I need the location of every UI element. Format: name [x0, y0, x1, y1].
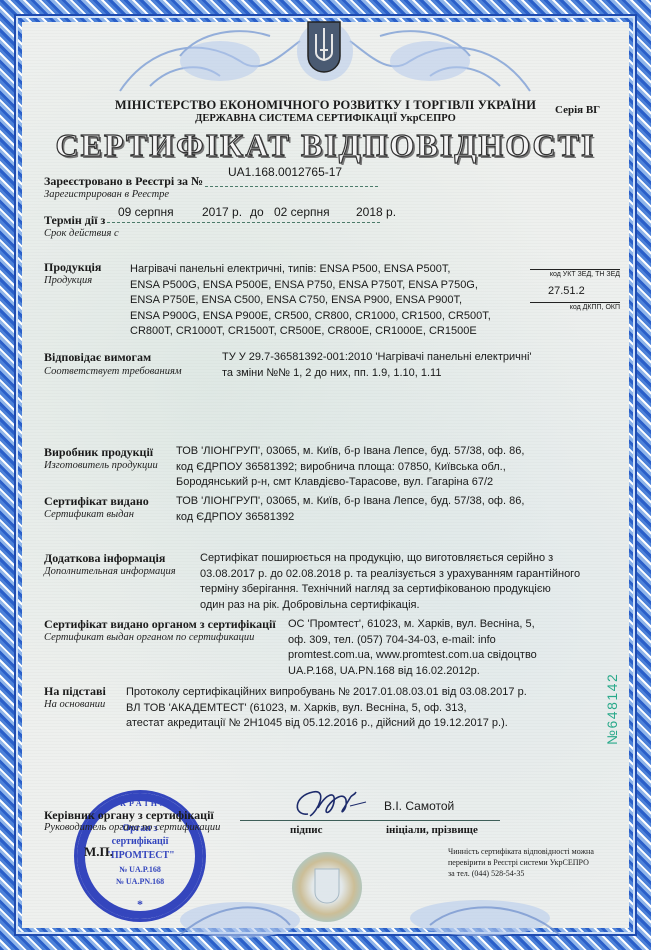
- trident-emblem-icon: [306, 20, 342, 74]
- validity-to-year: 2018 р.: [356, 205, 396, 221]
- dkpp-code-label: код ДКПП, ОКП: [530, 304, 620, 311]
- issuing-body-line: оф. 309, тел. (057) 704-34-03, e-mail: i…: [288, 633, 537, 649]
- additional-info-label: Додаткова інформація: [44, 551, 165, 566]
- additional-info-line: терміну зберігання. Технічний нагляд за …: [200, 582, 580, 598]
- registration-number: UA1.168.0012765-17: [228, 165, 342, 181]
- name-caption: ініціали, прізвище: [386, 824, 478, 836]
- manufacturer-label: Виробник продукції: [44, 445, 153, 460]
- issued-to-line: код ЄДРПОУ 36581392: [176, 510, 524, 526]
- uktzed-code-line: [530, 269, 620, 270]
- validity-from-date: 09 серпня: [118, 205, 174, 221]
- verification-note-line: перевірити в Реєстрі системи УкрСЕПРО: [448, 857, 594, 868]
- requirements-label: Відповідає вимогам: [44, 350, 151, 365]
- registration-label: Зареєстровано в Реєстрі за №: [44, 174, 203, 189]
- additional-info-line: Сертифікат поширюється на продукцію, що …: [200, 551, 580, 567]
- manufacturer-line: ТОВ 'ЛІОНГРУП', 03065, м. Київ, б-р Іван…: [176, 444, 524, 460]
- product-description: Нагрівачі панельні електричні, типів: EN…: [130, 262, 491, 340]
- issuing-body-line: promtest.com.ua, www.promtest.com.ua сві…: [288, 648, 537, 664]
- signature-underline: [240, 820, 500, 821]
- verification-note-line: за тел. (044) 528-54-35: [448, 868, 594, 879]
- stamp-line: № UA.P.168: [77, 865, 203, 874]
- product-line: CR800T, CR1000T, CR1500T, CR500E, CR800E…: [130, 324, 491, 340]
- system-heading: ДЕРЖАВНА СИСТЕМА СЕРТИФІКАЦІЇ УкрСЕПРО: [0, 113, 651, 124]
- uktzed-code-label: код УКТ ЗЕД, ТН ЗЕД: [530, 271, 620, 278]
- hologram-seal: [292, 852, 362, 922]
- registration-label-ru: Зарегистрирован в Реестре: [44, 189, 169, 200]
- issued-to-text: ТОВ 'ЛІОНГРУП', 03065, м. Київ, б-р Іван…: [176, 494, 524, 525]
- validity-underline: [107, 222, 380, 223]
- issuing-body-label: Сертифікат видано органом з сертифікації: [44, 617, 276, 632]
- issuing-body-label-ru: Сертификат выдан органом по сертификации: [44, 632, 254, 643]
- ministry-heading: МІНІСТЕРСТВО ЕКОНОМІЧНОГО РОЗВИТКУ І ТОР…: [0, 98, 651, 113]
- manufacturer-label-ru: Изготовитель продукции: [44, 460, 158, 471]
- requirements-line: ТУ У 29.7-36581392-001:2010 'Нагрівачі п…: [222, 350, 531, 366]
- issued-to-line: ТОВ 'ЛІОНГРУП', 03065, м. Київ, б-р Іван…: [176, 494, 524, 510]
- validity-label: Термін дії з: [44, 213, 105, 228]
- product-line: Нагрівачі панельні електричні, типів: EN…: [130, 262, 491, 278]
- verification-note: Чинність сертифіката відповідності можна…: [448, 846, 594, 879]
- requirements-line: та зміни №№ 1, 2 до них, пп. 1.9, 1.10, …: [222, 366, 531, 382]
- stamp-top-text: УКРАЇНА: [77, 799, 203, 808]
- signature-scribble-icon: [288, 786, 368, 822]
- validity-to-word: до: [250, 205, 264, 221]
- product-line: ENSA P900G, ENSA P900E, CR500, CR800, CR…: [130, 309, 491, 325]
- bottom-ornament-icon: [180, 880, 560, 940]
- basis-text: Протоколу сертифікаційних випробувань № …: [126, 685, 527, 732]
- manufacturer-line: Бородянський р-н, смт Клавдієво-Тарасове…: [176, 475, 524, 491]
- basis-line: атестат акредитації № 2Н1045 від 05.12.2…: [126, 716, 527, 732]
- issuing-body-line: UA.P.168, UA.PN.168 від 16.02.2012р.: [288, 664, 537, 680]
- manufacturer-text: ТОВ 'ЛІОНГРУП', 03065, м. Київ, б-р Іван…: [176, 444, 524, 491]
- basis-line: ВЛ ТОВ 'АКАДЕМТЕСТ' (61023, м. Харків, в…: [126, 701, 527, 717]
- signature-caption: підпис: [290, 824, 323, 836]
- head-label-ru: Руководитель органа по сертификации: [44, 822, 220, 833]
- validity-to-date: 02 серпня: [274, 205, 330, 221]
- product-label: Продукція: [44, 260, 101, 275]
- basis-line: Протоколу сертифікаційних випробувань № …: [126, 685, 527, 701]
- product-label-ru: Продукция: [44, 275, 92, 286]
- issued-to-label-ru: Сертификат выдан: [44, 509, 134, 520]
- basis-label-ru: На основании: [44, 699, 105, 710]
- requirements-text: ТУ У 29.7-36581392-001:2010 'Нагрівачі п…: [222, 350, 531, 381]
- additional-info-label-ru: Дополнительная информация: [44, 566, 176, 577]
- issued-to-label: Сертифікат видано: [44, 494, 149, 509]
- validity-from-year: 2017 р.: [202, 205, 242, 221]
- seal-mark: М.П.: [84, 844, 113, 860]
- manufacturer-line: код ЄДРПОУ 36581392; виробнича площа: 07…: [176, 460, 524, 476]
- series-label: Серія ВГ: [555, 104, 600, 116]
- basis-label: На підставі: [44, 684, 106, 699]
- signatory-name: В.І. Самотой: [384, 799, 454, 815]
- registration-underline: [205, 186, 378, 187]
- additional-info-text: Сертифікат поширюється на продукцію, що …: [200, 551, 580, 613]
- additional-info-line: 03.08.2017 р. до 02.08.2018 р. та реаліз…: [200, 567, 580, 583]
- product-line: ENSA P750E, ENSA C500, ENSA C750, ENSA P…: [130, 293, 491, 309]
- hologram-emblem-icon: [314, 868, 340, 904]
- additional-info-line: один раз на рік. Добровільна сертифікаці…: [200, 598, 580, 614]
- serial-number: №648142: [604, 673, 620, 745]
- certificate-title: СЕРТИФІКАТ ВІДПОВІДНОСТІ: [0, 127, 651, 164]
- dkpp-code-value: 27.51.2: [548, 284, 585, 300]
- validity-label-ru: Срок действия с: [44, 228, 119, 239]
- product-line: ENSA P500G, ENSA P500E, ENSA P750, ENSA …: [130, 278, 491, 294]
- issuing-body-text: ОС 'Промтест', 61023, м. Харків, вул. Ве…: [288, 617, 537, 679]
- head-label: Керівник органу з сертифікації: [44, 808, 214, 823]
- dkpp-code-line: [530, 302, 620, 303]
- verification-note-line: Чинність сертифіката відповідності можна: [448, 846, 594, 857]
- requirements-label-ru: Соответствует требованиям: [44, 366, 182, 377]
- issuing-body-line: ОС 'Промтест', 61023, м. Харків, вул. Ве…: [288, 617, 537, 633]
